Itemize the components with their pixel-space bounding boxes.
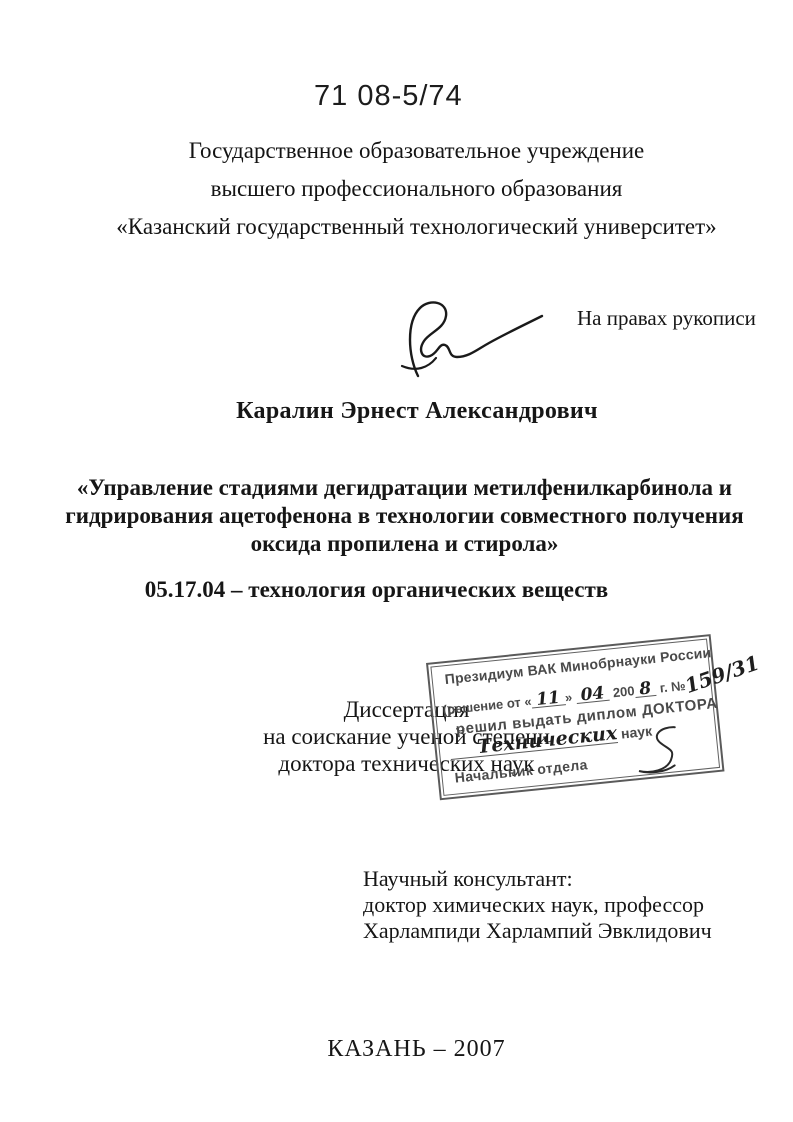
stamp-signature-icon bbox=[621, 721, 698, 780]
manuscript-note: На правах рукописи bbox=[577, 306, 756, 331]
author-signature-icon bbox=[398, 296, 546, 382]
dissertation-title-line-1: «Управление стадиями дегидратации метилф… bbox=[16, 474, 793, 502]
dissertation-title-line-2: гидрирования ацетофенона в технологии со… bbox=[16, 502, 793, 530]
document-page: 71 08-5/74 Государственное образовательн… bbox=[0, 0, 793, 1122]
institution-block: Государственное образовательное учрежден… bbox=[40, 132, 793, 246]
stamp-year-printed: 200 bbox=[612, 683, 635, 700]
stamp-day-handwritten: 11 bbox=[531, 690, 566, 708]
institution-line-1: Государственное образовательное учрежден… bbox=[40, 132, 793, 170]
stamp-decision-mid: » bbox=[564, 689, 573, 705]
consultant-degree: доктор химических наук, профессор bbox=[363, 892, 712, 918]
institution-line-3: «Казанский государственный технологическ… bbox=[40, 208, 793, 246]
stamp-decision-suffix: г. № bbox=[659, 678, 686, 696]
consultant-block: Научный консультант: доктор химических н… bbox=[363, 866, 712, 944]
specialty-code: 05.17.04 – технология органических вещес… bbox=[0, 577, 753, 603]
stamp-official-line: Начальник отдела bbox=[454, 756, 588, 785]
consultant-name: Харлампиди Харлампий Эвклидович bbox=[363, 918, 712, 944]
catalog-code: 71 08-5/74 bbox=[314, 80, 463, 113]
stamp-year-handwritten: 8 bbox=[634, 681, 657, 698]
consultant-heading: Научный консультант: bbox=[363, 866, 712, 892]
dissertation-title-line-3: оксида пропилена и стирола» bbox=[16, 530, 793, 558]
vak-approval-stamp: Президиум ВАК Минобрнауки России (решени… bbox=[426, 634, 724, 800]
vak-stamp-inner-frame: Президиум ВАК Минобрнауки России (решени… bbox=[430, 638, 720, 795]
author-name: Каралин Эрнест Александрович bbox=[41, 398, 793, 425]
city-year: КАЗАНЬ – 2007 bbox=[40, 1036, 793, 1063]
stamp-month-handwritten: 04 bbox=[575, 686, 610, 704]
dissertation-title: «Управление стадиями дегидратации метилф… bbox=[16, 474, 793, 558]
institution-line-2: высшего профессионального образования bbox=[40, 170, 793, 208]
